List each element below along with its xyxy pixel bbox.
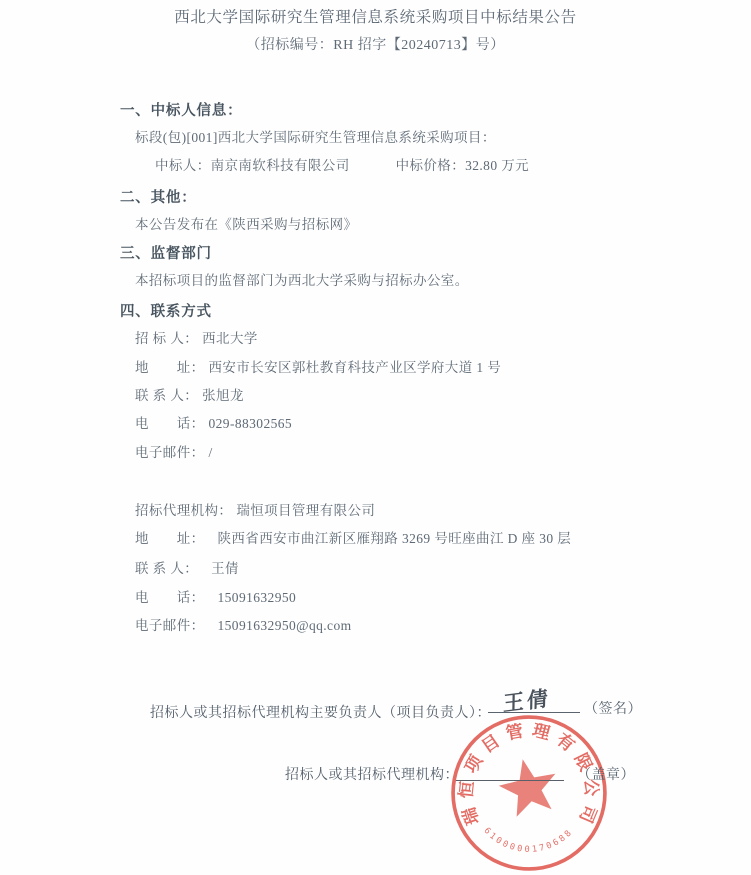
email-label: 电子邮件： [135, 445, 205, 460]
agency-email-row: 电子邮件：15091632950@qq.com [135, 618, 352, 635]
agency-phone-label: 电 话： [135, 590, 205, 605]
section-heading-winner-info: 一、中标人信息： [120, 102, 242, 120]
company-seal: 瑞恒项目管理有限公司 6100000170688 [447, 711, 611, 875]
winner-label: 中标人： [155, 158, 211, 173]
agency-phone-row: 电 话：15091632950 [135, 590, 296, 607]
package-line: 标段(包)[001]西北大学国际研究生管理信息系统采购项目： [135, 130, 496, 147]
stamp-underline [456, 780, 564, 781]
document-page: 西北大学国际研究生管理信息系统采购项目中标结果公告 （招标编号：RH 招字【20… [0, 0, 751, 875]
agency-label: 招标代理机构： [135, 503, 232, 518]
price-value: 32.80 万元 [465, 158, 529, 173]
supervision-body: 本招标项目的监督部门为西北大学采购与招标办公室。 [135, 273, 469, 290]
seal-serial-text: 6100000170688 [482, 826, 576, 855]
tenderer-label: 招 标 人： [135, 331, 198, 346]
phone-value: 029-88302565 [209, 416, 293, 431]
agency-contact-person-row: 联 系 人：王倩 [135, 561, 239, 578]
agency-signoff-line: 招标人或其招标代理机构： [285, 764, 459, 784]
price-label: 中标价格： [396, 158, 466, 173]
tender-number-subtitle: （招标编号：RH 招字【20240713】号） [0, 37, 751, 55]
agency-email-label: 电子邮件： [135, 618, 205, 633]
agency-address-value: 陕西省西安市曲江新区雁翔路 3269 号旺座曲江 D 座 30 层 [218, 531, 572, 546]
email-value: / [209, 445, 213, 460]
stamp-suffix: （盖章） [577, 764, 635, 784]
winner-price-line: 中标人：南京南软科技有限公司中标价格：32.80 万元 [155, 158, 529, 175]
agency-name-row: 招标代理机构：瑞恒项目管理有限公司 [135, 503, 375, 520]
agency-phone-value: 15091632950 [218, 590, 297, 605]
tenderer-phone-row: 电 话：029-88302565 [135, 416, 292, 433]
agency-email-value: 15091632950@qq.com [218, 618, 352, 633]
tenderer-value: 西北大学 [202, 331, 258, 346]
tenderer-email-row: 电子邮件：/ [135, 445, 213, 462]
agency-address-row: 地 址：陕西省西安市曲江新区雁翔路 3269 号旺座曲江 D 座 30 层 [135, 531, 571, 548]
section-heading-other: 二、其他： [120, 189, 197, 207]
principal-signoff-line: 招标人或其招标代理机构主要负责人（项目负责人）： [150, 702, 491, 722]
address-value: 西安市长安区郭杜教育科技产业区学府大道 1 号 [209, 360, 502, 375]
document-title: 西北大学国际研究生管理信息系统采购项目中标结果公告 [0, 8, 751, 27]
tenderer-address-row: 地 址：西安市长安区郭杜教育科技产业区学府大道 1 号 [135, 360, 501, 377]
contact-person-value: 张旭龙 [202, 388, 244, 403]
winner-name: 南京南软科技有限公司 [211, 158, 350, 173]
agency-value: 瑞恒项目管理有限公司 [236, 503, 375, 518]
tenderer-contact-person-row: 联 系 人：张旭龙 [135, 388, 244, 405]
section-heading-contact: 四、联系方式 [120, 303, 212, 321]
tenderer-name-row: 招 标 人：西北大学 [135, 331, 258, 348]
address-label: 地 址： [135, 360, 205, 375]
handwritten-signature: 王倩 [503, 682, 551, 718]
section-heading-supervision: 三、监督部门 [120, 245, 212, 263]
contact-person-label: 联 系 人： [135, 388, 198, 403]
phone-label: 电 话： [135, 416, 205, 431]
agency-contact-person-label: 联 系 人： [135, 561, 198, 576]
seal-star-icon [499, 759, 555, 816]
other-body: 本公告发布在《陕西采购与招标网》 [135, 217, 357, 234]
agency-address-label: 地 址： [135, 531, 205, 546]
agency-contact-person-value: 王倩 [211, 561, 239, 576]
